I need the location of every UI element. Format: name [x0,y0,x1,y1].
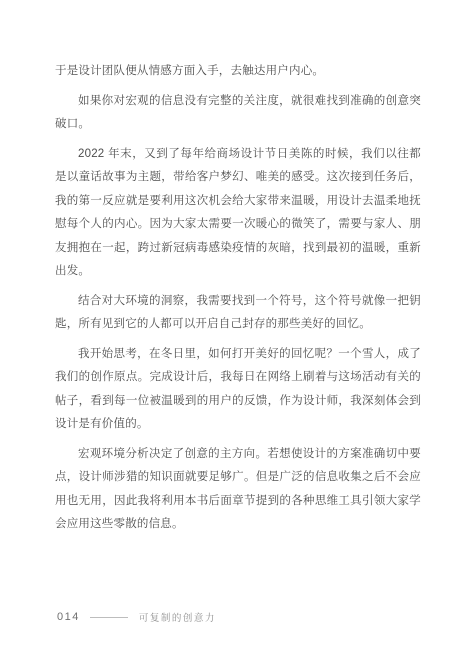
page-number: 014 [57,611,80,623]
book-page: 于是设计团队便从情感方面入手，去触达用户内心。 如果你对宏观的信息没有完整的关注… [0,0,475,672]
paragraph: 如果你对宏观的信息没有完整的关注度，就很难找到准确的创意突破口。 [55,90,421,137]
paragraph: 宏观环境分析决定了创意的主方向。若想使设计的方案准确切中要点，设计师涉猎的知识面… [55,443,421,537]
paragraph: 我开始思考，在冬日里，如何打开美好的回忆呢？一个雪人，成了我们的创作原点。完成设… [55,343,421,437]
paragraph: 结合对大环境的洞察，我需要找到一个符号，这个符号就像一把钥匙，所有见到它的人都可… [55,290,421,337]
paragraph: 2022 年末，又到了每年给商场设计节日美陈的时候，我们以往都是以童话故事为主题… [55,143,421,284]
book-title: 可复制的创意力 [139,610,216,624]
paragraph: 于是设计团队便从情感方面入手，去触达用户内心。 [55,60,421,84]
page-footer: 014 可复制的创意力 [57,609,216,625]
page-body: 于是设计团队便从情感方面入手，去触达用户内心。 如果你对宏观的信息没有完整的关注… [55,60,421,543]
footer-rule-divider [90,617,128,618]
